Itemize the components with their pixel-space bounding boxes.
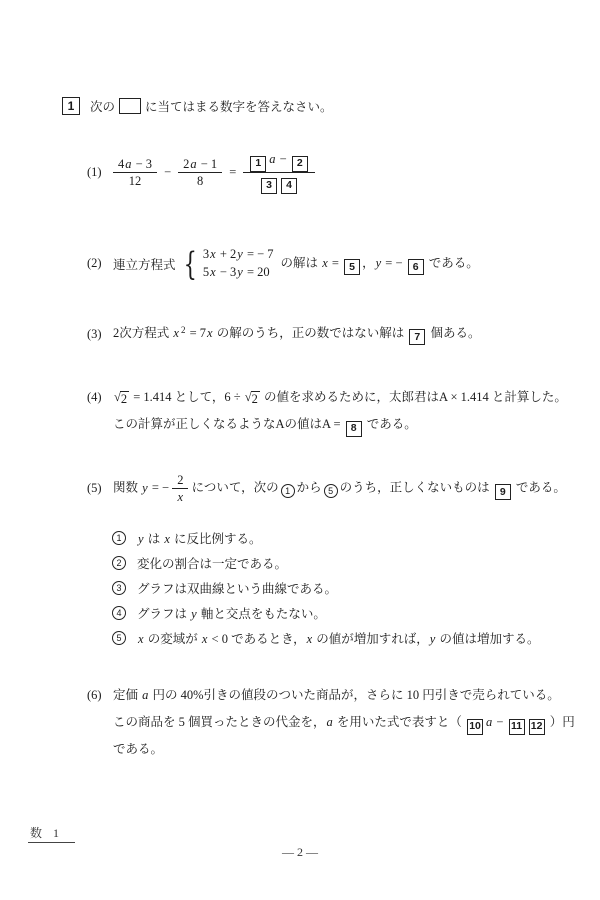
- circled-number-1: 1: [112, 531, 126, 545]
- circled-number-1: 1: [281, 484, 295, 498]
- answer-box-5: 5: [344, 259, 360, 275]
- system-equations: 3x + 2y = − 7 5x − 3y = 20: [203, 246, 274, 281]
- radicand: 2: [120, 391, 129, 407]
- math-variable: x: [209, 265, 217, 279]
- choice-list: 1y は x に反比例する。2変化の割合は一定である。3グラフは双曲線という曲線…: [110, 525, 539, 650]
- circled-number-5: 5: [324, 484, 338, 498]
- question-4-line-1: √2 = 1.414 として，6 ÷ √2 の値を求めるために，太郎君はA × …: [113, 384, 567, 411]
- problem-number-box: 1: [62, 97, 80, 115]
- math-variable: a: [124, 157, 132, 171]
- question-2-label: (2): [87, 256, 107, 271]
- sqrt-icon: √2: [245, 391, 260, 407]
- answer-box-8: 8: [346, 421, 362, 437]
- question-2-tail: の解は x = 5，y = − 6 である。: [281, 253, 479, 275]
- math-variable: x: [306, 632, 314, 646]
- answer-box-2: 2: [292, 156, 308, 172]
- answer-box-12: 12: [529, 719, 545, 735]
- choice-item: 5x の変域が x < 0 であるとき，x の値が増加すれば，y の値は増加する…: [110, 625, 539, 650]
- fraction-denominator: 8: [178, 172, 222, 189]
- question-6: (6) 定価 a 円の 40%引きの値段のついた商品が，さらに 10 円引きで売…: [87, 682, 575, 763]
- question-5-label: (5): [87, 481, 107, 496]
- equals-operator: =: [229, 165, 236, 180]
- answer-box-9: 9: [495, 484, 511, 500]
- math-variable: a: [189, 157, 197, 171]
- choice-item: 1y は x に反比例する。: [110, 525, 539, 550]
- choice-text: x の変域が x < 0 であるとき，x の値が増加すれば，y の値は増加する。: [137, 629, 539, 647]
- answer-box-3: 3: [261, 178, 277, 194]
- fraction-answer: 1a − 2 34: [243, 151, 315, 194]
- sqrt-icon: √2: [114, 391, 129, 407]
- circled-number-4: 4: [112, 606, 126, 620]
- radicand: 2: [251, 391, 260, 407]
- math-variable: x: [206, 326, 214, 340]
- fraction-numerator: 2: [172, 472, 188, 488]
- answer-box-7: 7: [409, 329, 425, 345]
- math-variable: x: [321, 256, 329, 270]
- question-6-line-3: である。: [113, 736, 575, 763]
- equation-system: { 3x + 2y = − 7 5x − 3y = 20: [180, 246, 274, 281]
- inline-fraction: 2x: [172, 472, 188, 506]
- math-variable: x: [209, 247, 217, 261]
- fraction-numerator: 4a − 3: [113, 156, 157, 172]
- answer-box-4: 4: [281, 178, 297, 194]
- answer-box-10: 10: [467, 719, 483, 735]
- question-3-label: (3): [87, 327, 107, 342]
- question-1: (1) 4a − 3 12 − 2a − 1 8 = 1a − 2 34: [87, 151, 315, 194]
- answer-box-11: 11: [509, 719, 525, 735]
- exam-page: { "page": { "footer_left": "数 1", "foote…: [0, 0, 600, 900]
- answer-box-6: 6: [408, 259, 424, 275]
- question-6-line-1: 定価 a 円の 40%引きの値段のついた商品が，さらに 10 円引きで売られてい…: [113, 682, 575, 709]
- question-6-line-2: この商品を 5 個買ったときの代金を，a を用いた式で表すと（ 10a − 11…: [113, 709, 575, 736]
- system-brace: {: [183, 248, 196, 280]
- fraction-denominator: x: [172, 488, 188, 505]
- math-variable: a: [268, 152, 276, 166]
- superscript: 2: [180, 325, 187, 335]
- question-1-label: (1): [87, 165, 107, 180]
- question-4-line-2: この計算が正しくなるようなAの値はA = 8 である。: [113, 411, 567, 438]
- circled-number-2: 2: [112, 556, 126, 570]
- math-variable: x: [137, 632, 145, 646]
- math-variable: y: [429, 632, 437, 646]
- page-number: — 2 —: [0, 845, 600, 860]
- equation-1: 3x + 2y = − 7: [203, 246, 274, 264]
- math-variable: x: [163, 532, 171, 546]
- subject-footer: 数 1: [28, 824, 75, 841]
- circled-number-3: 3: [112, 581, 126, 595]
- math-variable: x: [201, 632, 209, 646]
- math-variable: x: [177, 490, 185, 504]
- fraction-numerator: 1a − 2: [243, 151, 315, 172]
- fraction-denominator: 34: [243, 172, 315, 194]
- math-variable: y: [375, 256, 383, 270]
- question-4-label: (4): [87, 384, 107, 411]
- circled-number-5: 5: [112, 631, 126, 645]
- question-5: (5) 関数 y = − 2x について，次の1から5のうち，正しくないものは …: [87, 472, 566, 506]
- choice-item: 4グラフは y 軸と交点をもたない。: [110, 600, 539, 625]
- math-variable: a: [485, 715, 493, 729]
- choice-item: 3グラフは双曲線という曲線である。: [110, 575, 539, 600]
- blank-box: [119, 98, 141, 114]
- choice-text: 変化の割合は一定である。: [137, 554, 287, 572]
- math-variable: y: [137, 532, 145, 546]
- math-variable: y: [141, 481, 149, 495]
- choice-text: グラフは y 軸と交点をもたない。: [137, 604, 326, 622]
- fraction-denominator: 12: [113, 172, 157, 189]
- math-variable: a: [326, 715, 334, 729]
- math-variable: y: [190, 607, 198, 621]
- math-variable: x: [172, 326, 180, 340]
- question-5-text: 関数 y = − 2x について，次の1から5のうち，正しくないものは 9 であ…: [113, 472, 566, 506]
- question-4: (4) √2 = 1.414 として，6 ÷ √2 の値を求めるために，太郎君は…: [87, 384, 567, 438]
- minus-operator: −: [164, 165, 171, 180]
- equation-2: 5x − 3y = 20: [203, 264, 274, 282]
- problem-header: 1 次のに当てはまる数字を答えなさい。: [62, 97, 333, 115]
- question-2: (2) 連立方程式 { 3x + 2y = − 7 5x − 3y = 20 の…: [87, 246, 479, 281]
- answer-box-1: 1: [250, 156, 266, 172]
- fraction-left: 4a − 3 12: [113, 156, 157, 190]
- question-2-lead: 連立方程式: [113, 255, 176, 273]
- question-3-text: 2次方程式 x2 = 7x の解のうち，正の数ではない解は 7 個ある。: [113, 323, 480, 345]
- question-4-body: √2 = 1.414 として，6 ÷ √2 の値を求めるために，太郎君はA × …: [113, 384, 567, 438]
- problem-instruction: 次のに当てはまる数字を答えなさい。: [90, 97, 333, 115]
- math-variable: y: [236, 265, 244, 279]
- subject-label: 数 1: [28, 826, 75, 843]
- question-6-body: 定価 a 円の 40%引きの値段のついた商品が，さらに 10 円引きで売られてい…: [113, 682, 575, 763]
- choice-item: 2変化の割合は一定である。: [110, 550, 539, 575]
- fraction-middle: 2a − 1 8: [178, 156, 222, 190]
- choice-text: グラフは双曲線という曲線である。: [137, 579, 337, 597]
- choice-text: y は x に反比例する。: [137, 529, 262, 547]
- question-3: (3) 2次方程式 x2 = 7x の解のうち，正の数ではない解は 7 個ある。: [87, 323, 480, 345]
- fraction-numerator: 2a − 1: [178, 156, 222, 172]
- math-variable: a: [141, 688, 149, 702]
- question-6-label: (6): [87, 682, 107, 709]
- math-variable: y: [236, 247, 244, 261]
